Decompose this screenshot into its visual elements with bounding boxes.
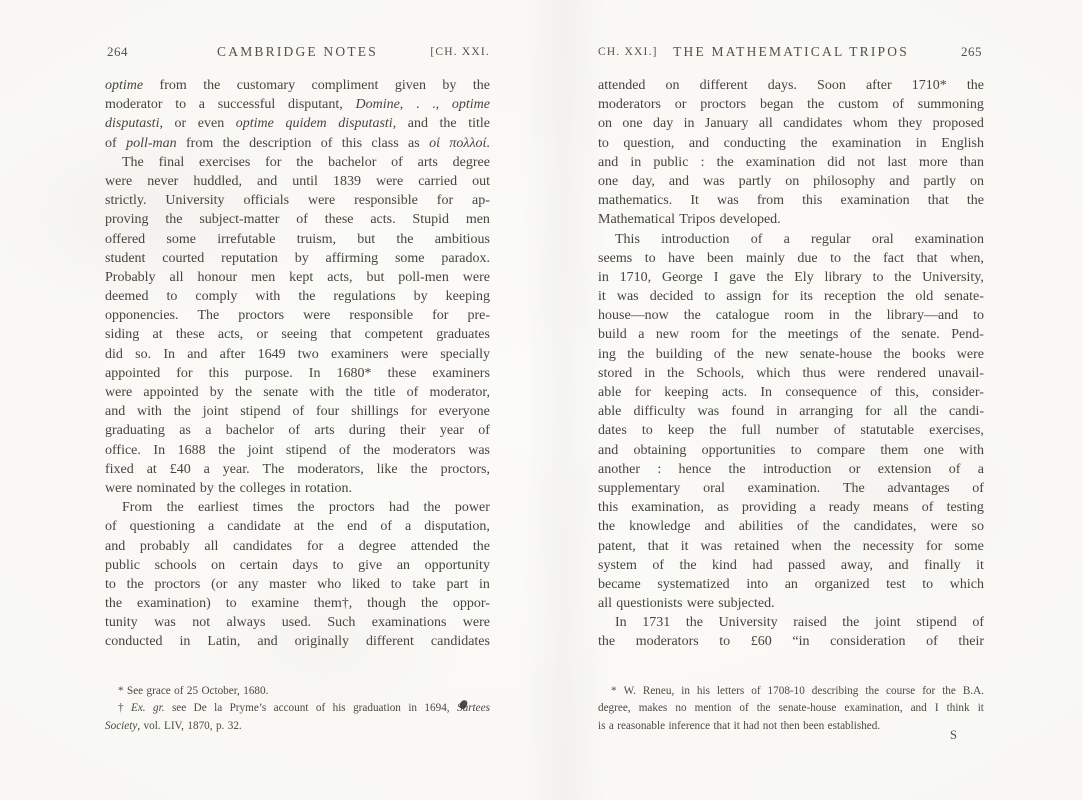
text-line: tunitywasnotalwaysused.Suchexaminationsw… bbox=[105, 615, 490, 634]
text-line: another:hencetheintroductionorextensiono… bbox=[598, 462, 984, 481]
text-line: theexamination)toexaminethem†,thoughtheo… bbox=[105, 596, 490, 615]
text-line: ofpoll-manfromthedescriptionofthisclassa… bbox=[105, 136, 490, 155]
text-line: fixedat£40ayear.Themoderators,likethepro… bbox=[105, 462, 490, 481]
text-line: mathematics.Itwasfromthisexaminationthat… bbox=[598, 193, 984, 212]
text-line: Thisintroductionofaregularoralexaminatio… bbox=[598, 232, 984, 251]
text-line: In1731theUniversityraisedthejointstipend… bbox=[598, 615, 984, 634]
right-page-number: 265 bbox=[961, 44, 982, 60]
text-line: werenominatedbythecollegesinrotation. bbox=[105, 481, 490, 500]
text-line: office.In1688thejointstipendofthemoderat… bbox=[105, 443, 490, 462]
text-line: wereappointedbythesenatewiththetitleofmo… bbox=[105, 385, 490, 404]
text-line: in1710,GeorgeIgavetheElylibrarytotheUniv… bbox=[598, 270, 984, 289]
text-line: publicschoolsoncertaindaystogiveanopport… bbox=[105, 558, 490, 577]
text-line: andprobablyallcandidatesforadegreeattend… bbox=[105, 539, 490, 558]
text-line: itwasdecidedtoassignforitsreceptiontheol… bbox=[598, 289, 984, 308]
text-line: theknowledgeandabilitiesofthecandidates,… bbox=[598, 519, 984, 538]
text-line: didso.Inandafter1649twoexaminerswerespec… bbox=[105, 347, 490, 366]
text-line: ofquestioningacandidateattheendofadisput… bbox=[105, 519, 490, 538]
right-page: CH. XXI.] THE MATHEMATICAL TRIPOS 265 at… bbox=[598, 44, 984, 738]
text-line: datestokeepthefullnumberofstatutableexer… bbox=[598, 423, 984, 442]
text-line: *W.Reneu,inhislettersof1708-10describing… bbox=[598, 685, 984, 703]
text-line: wereneverhuddled,anduntil1839werecarried… bbox=[105, 174, 490, 193]
text-line: appointedforthispurpose.In1680*theseexam… bbox=[105, 366, 490, 385]
text-line: oneday,andwaspartlyonphilosophyandpartly… bbox=[598, 174, 984, 193]
text-line: allquestionistsweresubjected. bbox=[598, 596, 984, 615]
text-line: offeredsomeirrefutabletruism,buttheambit… bbox=[105, 232, 490, 251]
left-running-title: CAMBRIDGE NOTES bbox=[217, 44, 378, 60]
text-line: optimefromthecustomarycomplimentgivenbyt… bbox=[105, 78, 490, 97]
text-line: studentcourtedreputationbyaffirmingsomep… bbox=[105, 251, 490, 270]
text-line: totheproctors(oranymasterwholikedtotakep… bbox=[105, 577, 490, 596]
right-page-header: CH. XXI.] THE MATHEMATICAL TRIPOS 265 bbox=[598, 44, 984, 62]
gutter-shadow bbox=[523, 0, 607, 800]
text-line: themoderatorsto£60“inconsiderationofthei… bbox=[598, 634, 984, 653]
text-line: strictly.Universityofficialswereresponsi… bbox=[105, 193, 490, 212]
left-page-header: 264 CAMBRIDGE NOTES [CH. XXI. bbox=[105, 44, 490, 62]
right-chapter-ref: CH. XXI.] bbox=[598, 46, 658, 58]
text-line: degree,makesnomentionofthesenate-houseex… bbox=[598, 702, 984, 720]
text-line: Fromtheearliesttimestheproctorshadthepow… bbox=[105, 500, 490, 519]
text-line: andwiththejointstipendoffourshillingsfor… bbox=[105, 404, 490, 423]
text-line: systemofthekindhadpassedaway,andfinallyi… bbox=[598, 558, 984, 577]
text-line: storedintheSchools,whichthuswererendered… bbox=[598, 366, 984, 385]
text-line: andobtainingopportunitiestocomparethemon… bbox=[598, 443, 984, 462]
text-line: seemstohavebeenmainlyduetothefactthatwhe… bbox=[598, 251, 984, 270]
left-page-number: 264 bbox=[107, 44, 128, 60]
text-line: MathematicalTriposdeveloped. bbox=[598, 212, 984, 231]
text-line: abledifficultywasfoundinarrangingforallt… bbox=[598, 404, 984, 423]
text-line: supplementaryoralexamination.Theadvantag… bbox=[598, 481, 984, 500]
text-line: andinpublic:theexaminationdidnotlastmore… bbox=[598, 155, 984, 174]
text-line: moderatortoasuccessfuldisputant,Domine,.… bbox=[105, 97, 490, 116]
right-page-text: attendedondifferentdays.Soonafter1710*th… bbox=[598, 78, 984, 654]
left-page: 264 CAMBRIDGE NOTES [CH. XXI. optimefrom… bbox=[105, 44, 490, 738]
text-line: ingthebuildingofthenewsenate-housetheboo… bbox=[598, 347, 984, 366]
text-line: attendedondifferentdays.Soonafter1710*th… bbox=[598, 78, 984, 97]
text-line: *Seegraceof25October,1680. bbox=[105, 685, 490, 703]
left-page-footnotes: *Seegraceof25October,1680.†Ex.gr.seeDela… bbox=[105, 685, 490, 738]
text-line: house—nowthecatalogueroominthelibrary—an… bbox=[598, 308, 984, 327]
text-line: provingthesubject-matteroftheseacts.Stup… bbox=[105, 212, 490, 231]
text-line: Society,vol.LIV,1870,p.32. bbox=[105, 720, 490, 738]
book-spread: 264 CAMBRIDGE NOTES [CH. XXI. optimefrom… bbox=[0, 0, 1083, 800]
text-line: toquestion,andconductingtheexaminationin… bbox=[598, 136, 984, 155]
right-running-title: THE MATHEMATICAL TRIPOS bbox=[673, 44, 909, 60]
text-line: conductedinLatin,andoriginallydifferentc… bbox=[105, 634, 490, 653]
text-line: opponencies.Theproctorswereresponsiblefo… bbox=[105, 308, 490, 327]
text-line: thisexamination,asprovidingareadymeansof… bbox=[598, 500, 984, 519]
text-line: patent,thatitwasretainedwhenthenecessity… bbox=[598, 539, 984, 558]
text-line: deemedtocomplywiththeregulationsbykeepin… bbox=[105, 289, 490, 308]
text-line: ableforkeepingacts.Inconsequenceofthis,c… bbox=[598, 385, 984, 404]
text-line: sidingattheseacts,orseeingthatcompetentg… bbox=[105, 327, 490, 346]
text-line: graduatingasabachelorofartsduringtheirye… bbox=[105, 423, 490, 442]
text-line: becamesystematizedintoanorganizedtesttow… bbox=[598, 577, 984, 596]
text-line: Probablyallhonourmenkeptacts,butpoll-men… bbox=[105, 270, 490, 289]
left-page-text: optimefromthecustomarycomplimentgivenbyt… bbox=[105, 78, 490, 654]
text-line: buildanewroomforthemeetingsofthesenate.P… bbox=[598, 327, 984, 346]
text-line: ononedayinJanuaryallcandidateswhomtheypr… bbox=[598, 116, 984, 135]
text-line: disputasti,orevenoptimequidemdisputasti,… bbox=[105, 116, 490, 135]
text-line: Thefinalexercisesforthebachelorofartsdeg… bbox=[105, 155, 490, 174]
signature-mark: S bbox=[950, 728, 957, 743]
text-line: †Ex.gr.seeDelaPryme’saccountofhisgraduat… bbox=[105, 702, 490, 720]
text-line: isareasonableinferencethatithadnotthenbe… bbox=[598, 720, 984, 738]
left-chapter-ref: [CH. XXI. bbox=[430, 46, 490, 58]
right-page-footnotes: *W.Reneu,inhislettersof1708-10describing… bbox=[598, 685, 984, 738]
text-line: moderatorsorproctorsbeganthecustomofsumm… bbox=[598, 97, 984, 116]
